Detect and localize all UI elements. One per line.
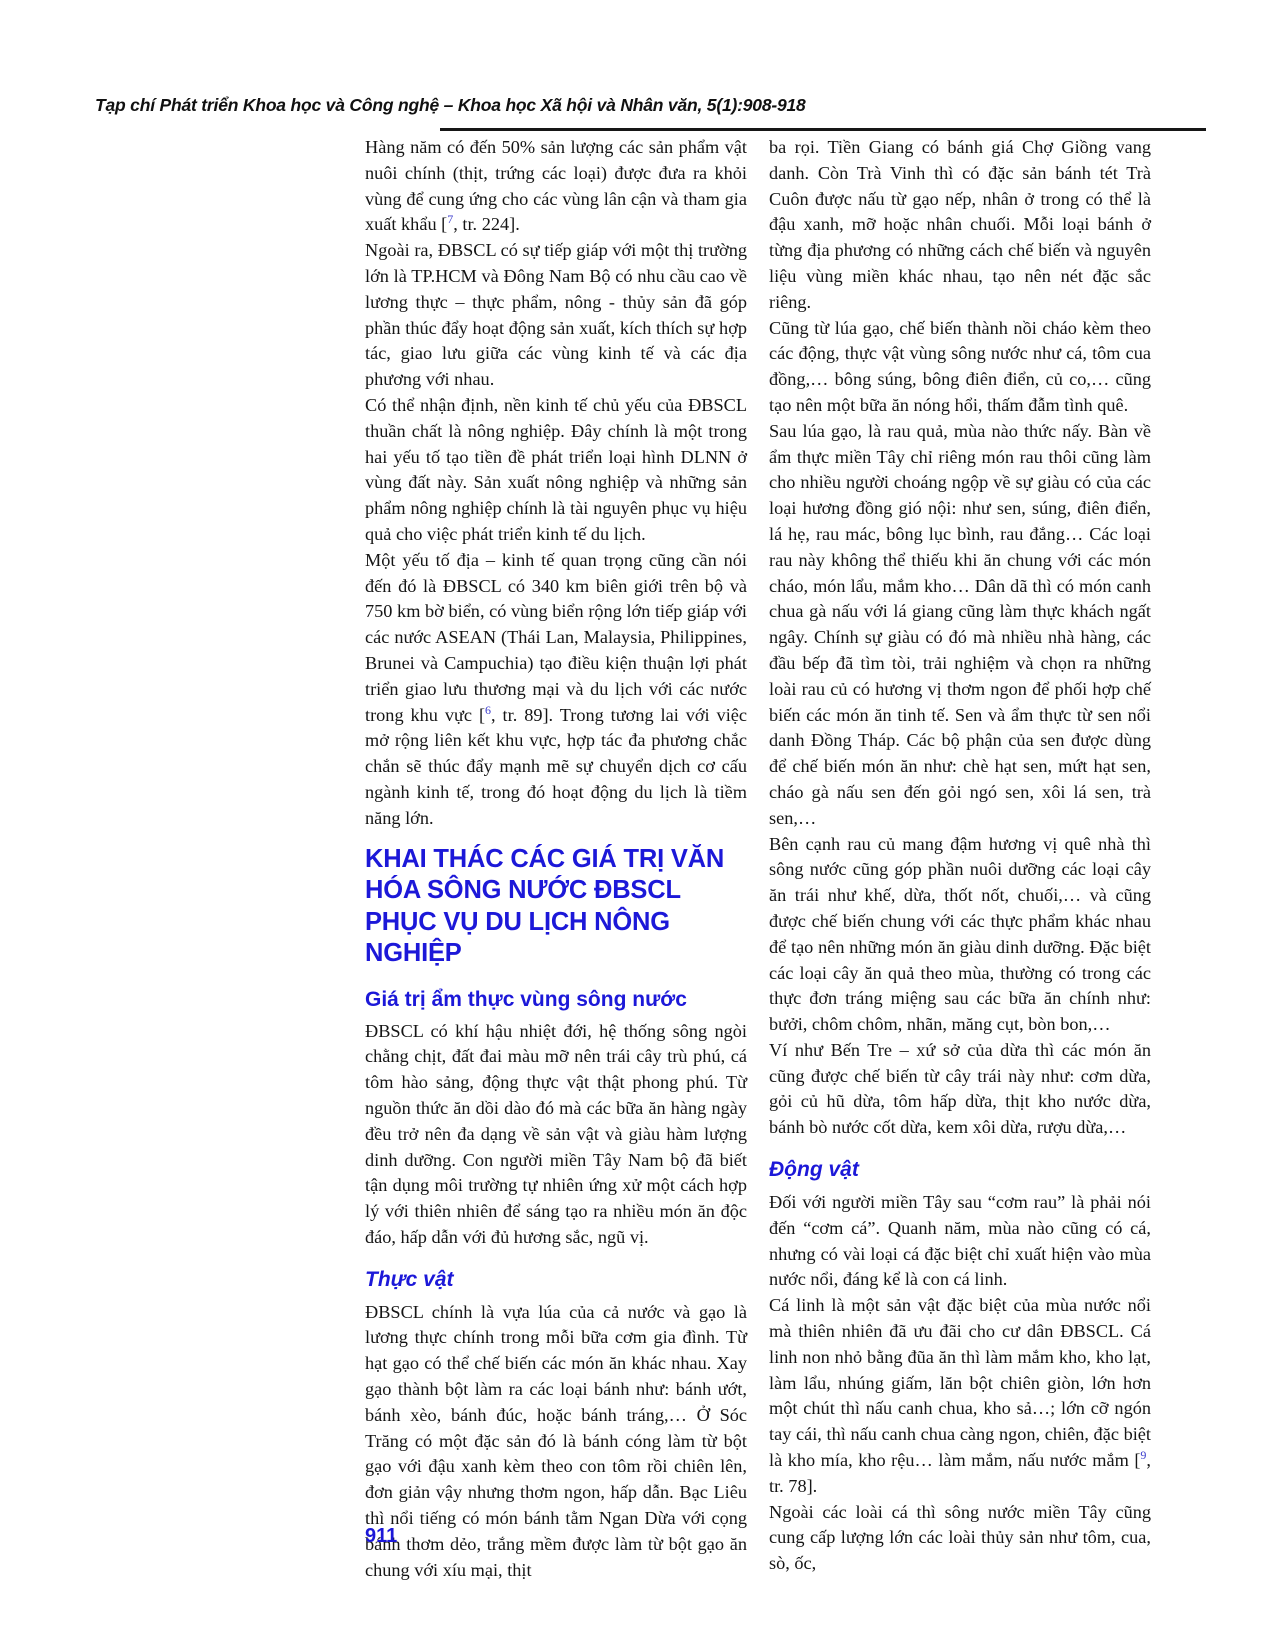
journal-header-line: Tạp chí Phát triển Khoa học và Công nghệ… xyxy=(95,94,795,116)
paragraph: Ví như Bến Tre – xứ sở của dừa thì các m… xyxy=(769,1038,1151,1141)
citation-ref[interactable]: 7 xyxy=(447,212,453,226)
paragraph: Một yếu tố địa – kinh tế quan trọng cũng… xyxy=(365,548,747,832)
journal-page: Tạp chí Phát triển Khoa học và Công nghệ… xyxy=(0,0,1276,1649)
right-paragraphs-top: ba rọi. Tiền Giang có bánh giá Chợ Giồng… xyxy=(769,135,1151,1141)
subsubsection-heading-animals: Động vật xyxy=(769,1157,1151,1182)
paragraph: Bên cạnh rau củ mang đậm hương vị quê nh… xyxy=(769,832,1151,1038)
paragraph: Hàng năm có đến 50% sản lượng các sản ph… xyxy=(365,135,747,238)
paragraph: Cũng từ lúa gạo, chế biến thành nồi cháo… xyxy=(769,316,1151,419)
paragraph: Cá linh là một sản vật đặc biệt của mùa … xyxy=(769,1293,1151,1499)
header-rule xyxy=(440,128,1206,131)
section-heading: KHAI THÁC CÁC GIÁ TRỊ VĂN HÓA SÔNG NƯỚC … xyxy=(365,844,747,970)
paragraph: Sau lúa gạo, là rau quả, mùa nào thức nấ… xyxy=(769,419,1151,832)
paragraph: Ngoài ra, ĐBSCL có sự tiếp giáp với một … xyxy=(365,238,747,393)
content-columns: Hàng năm có đến 50% sản lượng các sản ph… xyxy=(365,135,1151,1583)
citation-ref[interactable]: 9 xyxy=(1140,1448,1146,1462)
subsubsection-heading-plants: Thực vật xyxy=(365,1267,747,1292)
left-paragraphs-mid: ĐBSCL có khí hậu nhiệt đới, hệ thống sôn… xyxy=(365,1019,747,1251)
paragraph: ba rọi. Tiền Giang có bánh giá Chợ Giồng… xyxy=(769,135,1151,316)
left-column: Hàng năm có đến 50% sản lượng các sản ph… xyxy=(365,135,747,1583)
paragraph: Có thể nhận định, nền kinh tế chủ yếu củ… xyxy=(365,393,747,548)
paragraph: Ngoài các loài cá thì sông nước miền Tây… xyxy=(769,1500,1151,1577)
page-number: 911 xyxy=(365,1524,397,1548)
right-column: ba rọi. Tiền Giang có bánh giá Chợ Giồng… xyxy=(769,135,1151,1583)
left-paragraphs-top: Hàng năm có đến 50% sản lượng các sản ph… xyxy=(365,135,747,832)
right-paragraphs-bottom: Đối với người miền Tây sau “cơm rau” là … xyxy=(769,1190,1151,1577)
subsection-heading-culinary: Giá trị ẩm thực vùng sông nước xyxy=(365,987,747,1012)
citation-ref[interactable]: 6 xyxy=(485,702,491,716)
paragraph: ĐBSCL chính là vựa lúa của cả nước và gạ… xyxy=(365,1300,747,1584)
paragraph: ĐBSCL có khí hậu nhiệt đới, hệ thống sôn… xyxy=(365,1019,747,1251)
paragraph: Đối với người miền Tây sau “cơm rau” là … xyxy=(769,1190,1151,1293)
left-paragraphs-bottom: ĐBSCL chính là vựa lúa của cả nước và gạ… xyxy=(365,1300,747,1584)
